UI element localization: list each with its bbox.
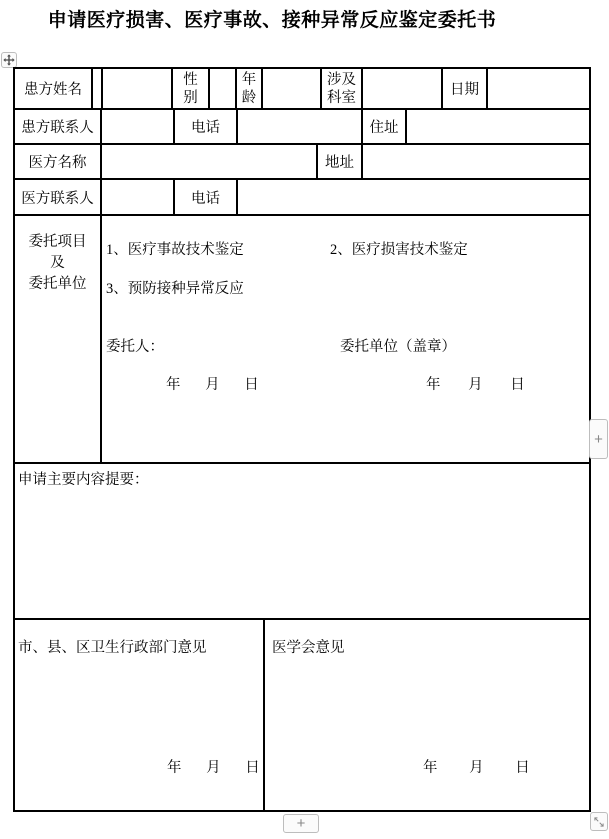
commission-form-table: 患方姓名 性别 年龄 涉及科室 日期 患方联系人 电话 住址 医方名称 地址 医… bbox=[13, 67, 591, 812]
medical-association-date-placeholder: 年 月 日 bbox=[423, 756, 530, 777]
client-date-placeholder: 年 月 日 bbox=[166, 373, 259, 394]
commission-items-cell[interactable]: 1、医疗事故技术鉴定 2、医疗损害技术鉴定 3、预防接种异常反应 委托人： 委托… bbox=[102, 216, 589, 464]
hospital-phone-label: 电话 bbox=[175, 180, 238, 216]
diagonal-resize-icon bbox=[593, 816, 605, 828]
table-row: 医方联系人 电话 bbox=[15, 180, 589, 216]
health-admin-date-placeholder: 年 月 日 bbox=[167, 756, 260, 777]
hospital-phone-value-cell[interactable] bbox=[238, 180, 589, 216]
gender-label: 性别 bbox=[173, 69, 210, 110]
client-label: 委托人： bbox=[106, 335, 164, 356]
table-row: 医方名称 地址 bbox=[15, 145, 589, 180]
page-title: 申请医疗损害、医疗事故、接种异常反应鉴定委托书 bbox=[0, 5, 544, 32]
residence-label: 住址 bbox=[363, 110, 407, 145]
spacer-cell bbox=[93, 69, 103, 110]
health-admin-opinion-label: 市、县、区卫生行政部门意见 bbox=[18, 636, 207, 657]
gender-value-cell[interactable] bbox=[210, 69, 237, 110]
commission-option-2: 2、医疗损害技术鉴定 bbox=[330, 238, 468, 259]
table-row: 患方姓名 性别 年龄 涉及科室 日期 bbox=[15, 69, 589, 110]
client-org-date-placeholder: 年 月 日 bbox=[426, 373, 525, 394]
table-row: 委托项目 及 委托单位 1、医疗事故技术鉴定 2、医疗损害技术鉴定 3、预防接种… bbox=[15, 216, 589, 464]
commission-option-3: 3、预防接种异常反应 bbox=[106, 277, 244, 298]
health-admin-opinion-cell[interactable]: 市、县、区卫生行政部门意见 年 月 日 bbox=[15, 620, 265, 810]
patient-phone-value-cell[interactable] bbox=[238, 110, 363, 145]
date-label: 日期 bbox=[443, 69, 488, 110]
hospital-name-label: 医方名称 bbox=[15, 145, 102, 180]
application-summary-label: 申请主要内容提要： bbox=[18, 468, 149, 489]
move-cross-icon bbox=[3, 54, 15, 66]
table-move-handle[interactable] bbox=[1, 52, 17, 68]
hospital-address-label: 地址 bbox=[318, 145, 363, 180]
insert-row-button[interactable]: + bbox=[283, 814, 319, 833]
table-resize-handle[interactable] bbox=[590, 812, 608, 831]
residence-value-cell[interactable] bbox=[407, 110, 589, 145]
table-row: 患方联系人 电话 住址 bbox=[15, 110, 589, 145]
department-label: 涉及科室 bbox=[322, 69, 363, 110]
hospital-address-value-cell[interactable] bbox=[363, 145, 589, 180]
insert-column-button[interactable]: + bbox=[589, 419, 608, 459]
plus-icon: + bbox=[297, 815, 306, 832]
hospital-name-value-cell[interactable] bbox=[102, 145, 318, 180]
table-row: 市、县、区卫生行政部门意见 年 月 日 医学会意见 年 月 日 bbox=[15, 620, 589, 810]
patient-contact-value-cell[interactable] bbox=[102, 110, 175, 145]
commission-items-label: 委托项目 及 委托单位 bbox=[15, 216, 102, 464]
patient-phone-label: 电话 bbox=[175, 110, 238, 145]
patient-name-value-cell[interactable] bbox=[103, 69, 173, 110]
commission-option-1: 1、医疗事故技术鉴定 bbox=[106, 238, 244, 259]
hospital-contact-label: 医方联系人 bbox=[15, 180, 102, 216]
medical-association-opinion-cell[interactable]: 医学会意见 年 月 日 bbox=[265, 620, 589, 810]
application-summary-cell[interactable]: 申请主要内容提要： bbox=[15, 464, 589, 620]
patient-name-label: 患方姓名 bbox=[15, 69, 93, 110]
age-value-cell[interactable] bbox=[263, 69, 322, 110]
department-value-cell[interactable] bbox=[363, 69, 443, 110]
patient-contact-label: 患方联系人 bbox=[15, 110, 102, 145]
age-label: 年龄 bbox=[237, 69, 263, 110]
plus-icon: + bbox=[594, 431, 603, 448]
table-row: 申请主要内容提要： bbox=[15, 464, 589, 620]
medical-association-opinion-label: 医学会意见 bbox=[272, 636, 345, 657]
client-org-label: 委托单位（盖章） bbox=[340, 335, 456, 356]
date-value-cell[interactable] bbox=[488, 69, 589, 110]
hospital-contact-value-cell[interactable] bbox=[102, 180, 175, 216]
